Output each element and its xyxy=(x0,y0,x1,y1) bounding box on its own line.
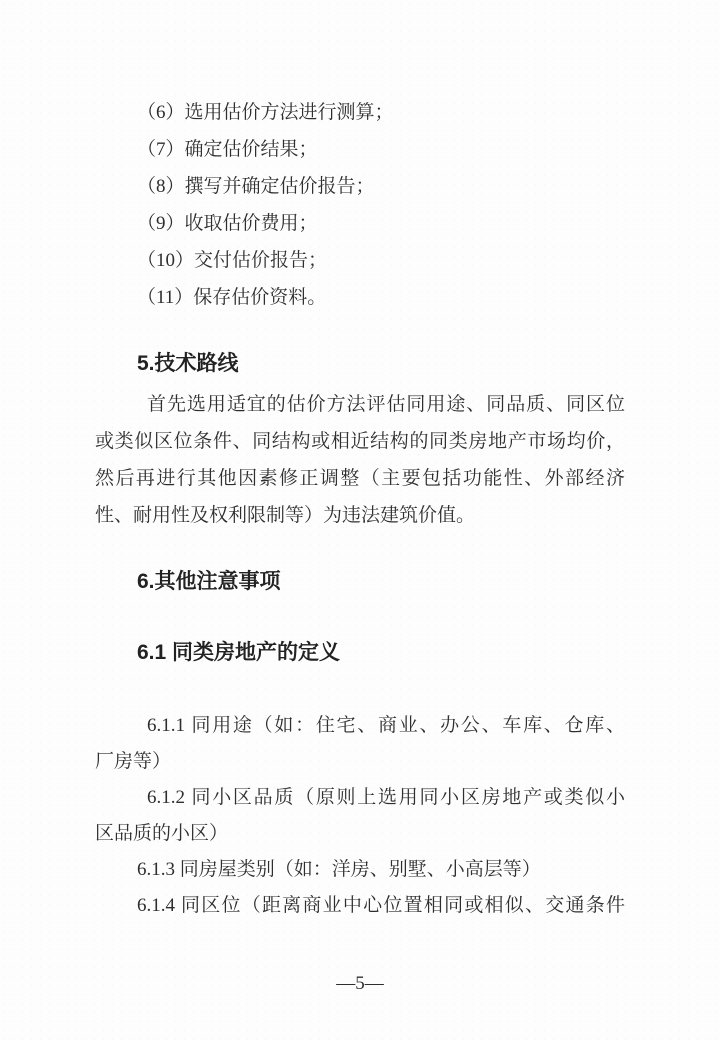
section-6-1-heading: 6.1 同类房地产的定义 xyxy=(95,638,667,668)
definition-line: 6.1.2 同小区品质（原则上选用同小区房地产或类似小 xyxy=(95,780,625,816)
procedure-step-item: （6）选用估价方法进行测算； xyxy=(95,94,625,131)
section-5-paragraph: 首先选用适宜的估价方法评估同用途、同品质、同区位 或类似区位条件、同结构或相近结… xyxy=(95,386,625,534)
definition-line: 区品质的小区） xyxy=(95,816,625,852)
paragraph-line: 或类似区位条件、同结构或相近结构的同类房地产市场均价， xyxy=(95,423,625,460)
definition-line: 6.1.1 同用途（如：住宅、商业、办公、车库、仓库、 xyxy=(95,708,625,744)
procedure-step-item: （9）收取估价费用； xyxy=(95,205,625,242)
definition-line: 厂房等） xyxy=(95,744,625,780)
page-number: —5— xyxy=(0,970,720,998)
paragraph-line: 性、耐用性及权利限制等）为违法建筑价值。 xyxy=(95,497,625,534)
document-page: （6）选用估价方法进行测算； （7）确定估价结果； （8）撰写并确定估价报告； … xyxy=(0,0,720,1040)
definition-line: 6.1.4 同区位（距离商业中心位置相同或相似、交通条件 xyxy=(95,888,625,924)
procedure-steps-list: （6）选用估价方法进行测算； （7）确定估价结果； （8）撰写并确定估价报告； … xyxy=(95,94,625,316)
section-5-heading: 5.技术路线 xyxy=(95,349,667,379)
paragraph-line: 首先选用适宜的估价方法评估同用途、同品质、同区位 xyxy=(95,386,625,423)
section-6-heading: 6.其他注意事项 xyxy=(95,567,667,597)
definition-line: 6.1.3 同房屋类别（如：洋房、别墅、小高层等） xyxy=(95,852,625,888)
paragraph-line: 然后再进行其他因素修正调整（主要包括功能性、外部经济 xyxy=(95,460,625,497)
similar-property-definitions: 6.1.1 同用途（如：住宅、商业、办公、车库、仓库、 厂房等） 6.1.2 同… xyxy=(95,708,625,924)
procedure-step-item: （10）交付估价报告； xyxy=(95,242,625,279)
procedure-step-item: （11）保存估价资料。 xyxy=(95,279,625,316)
procedure-step-item: （7）确定估价结果； xyxy=(95,131,625,168)
procedure-step-item: （8）撰写并确定估价报告； xyxy=(95,168,625,205)
